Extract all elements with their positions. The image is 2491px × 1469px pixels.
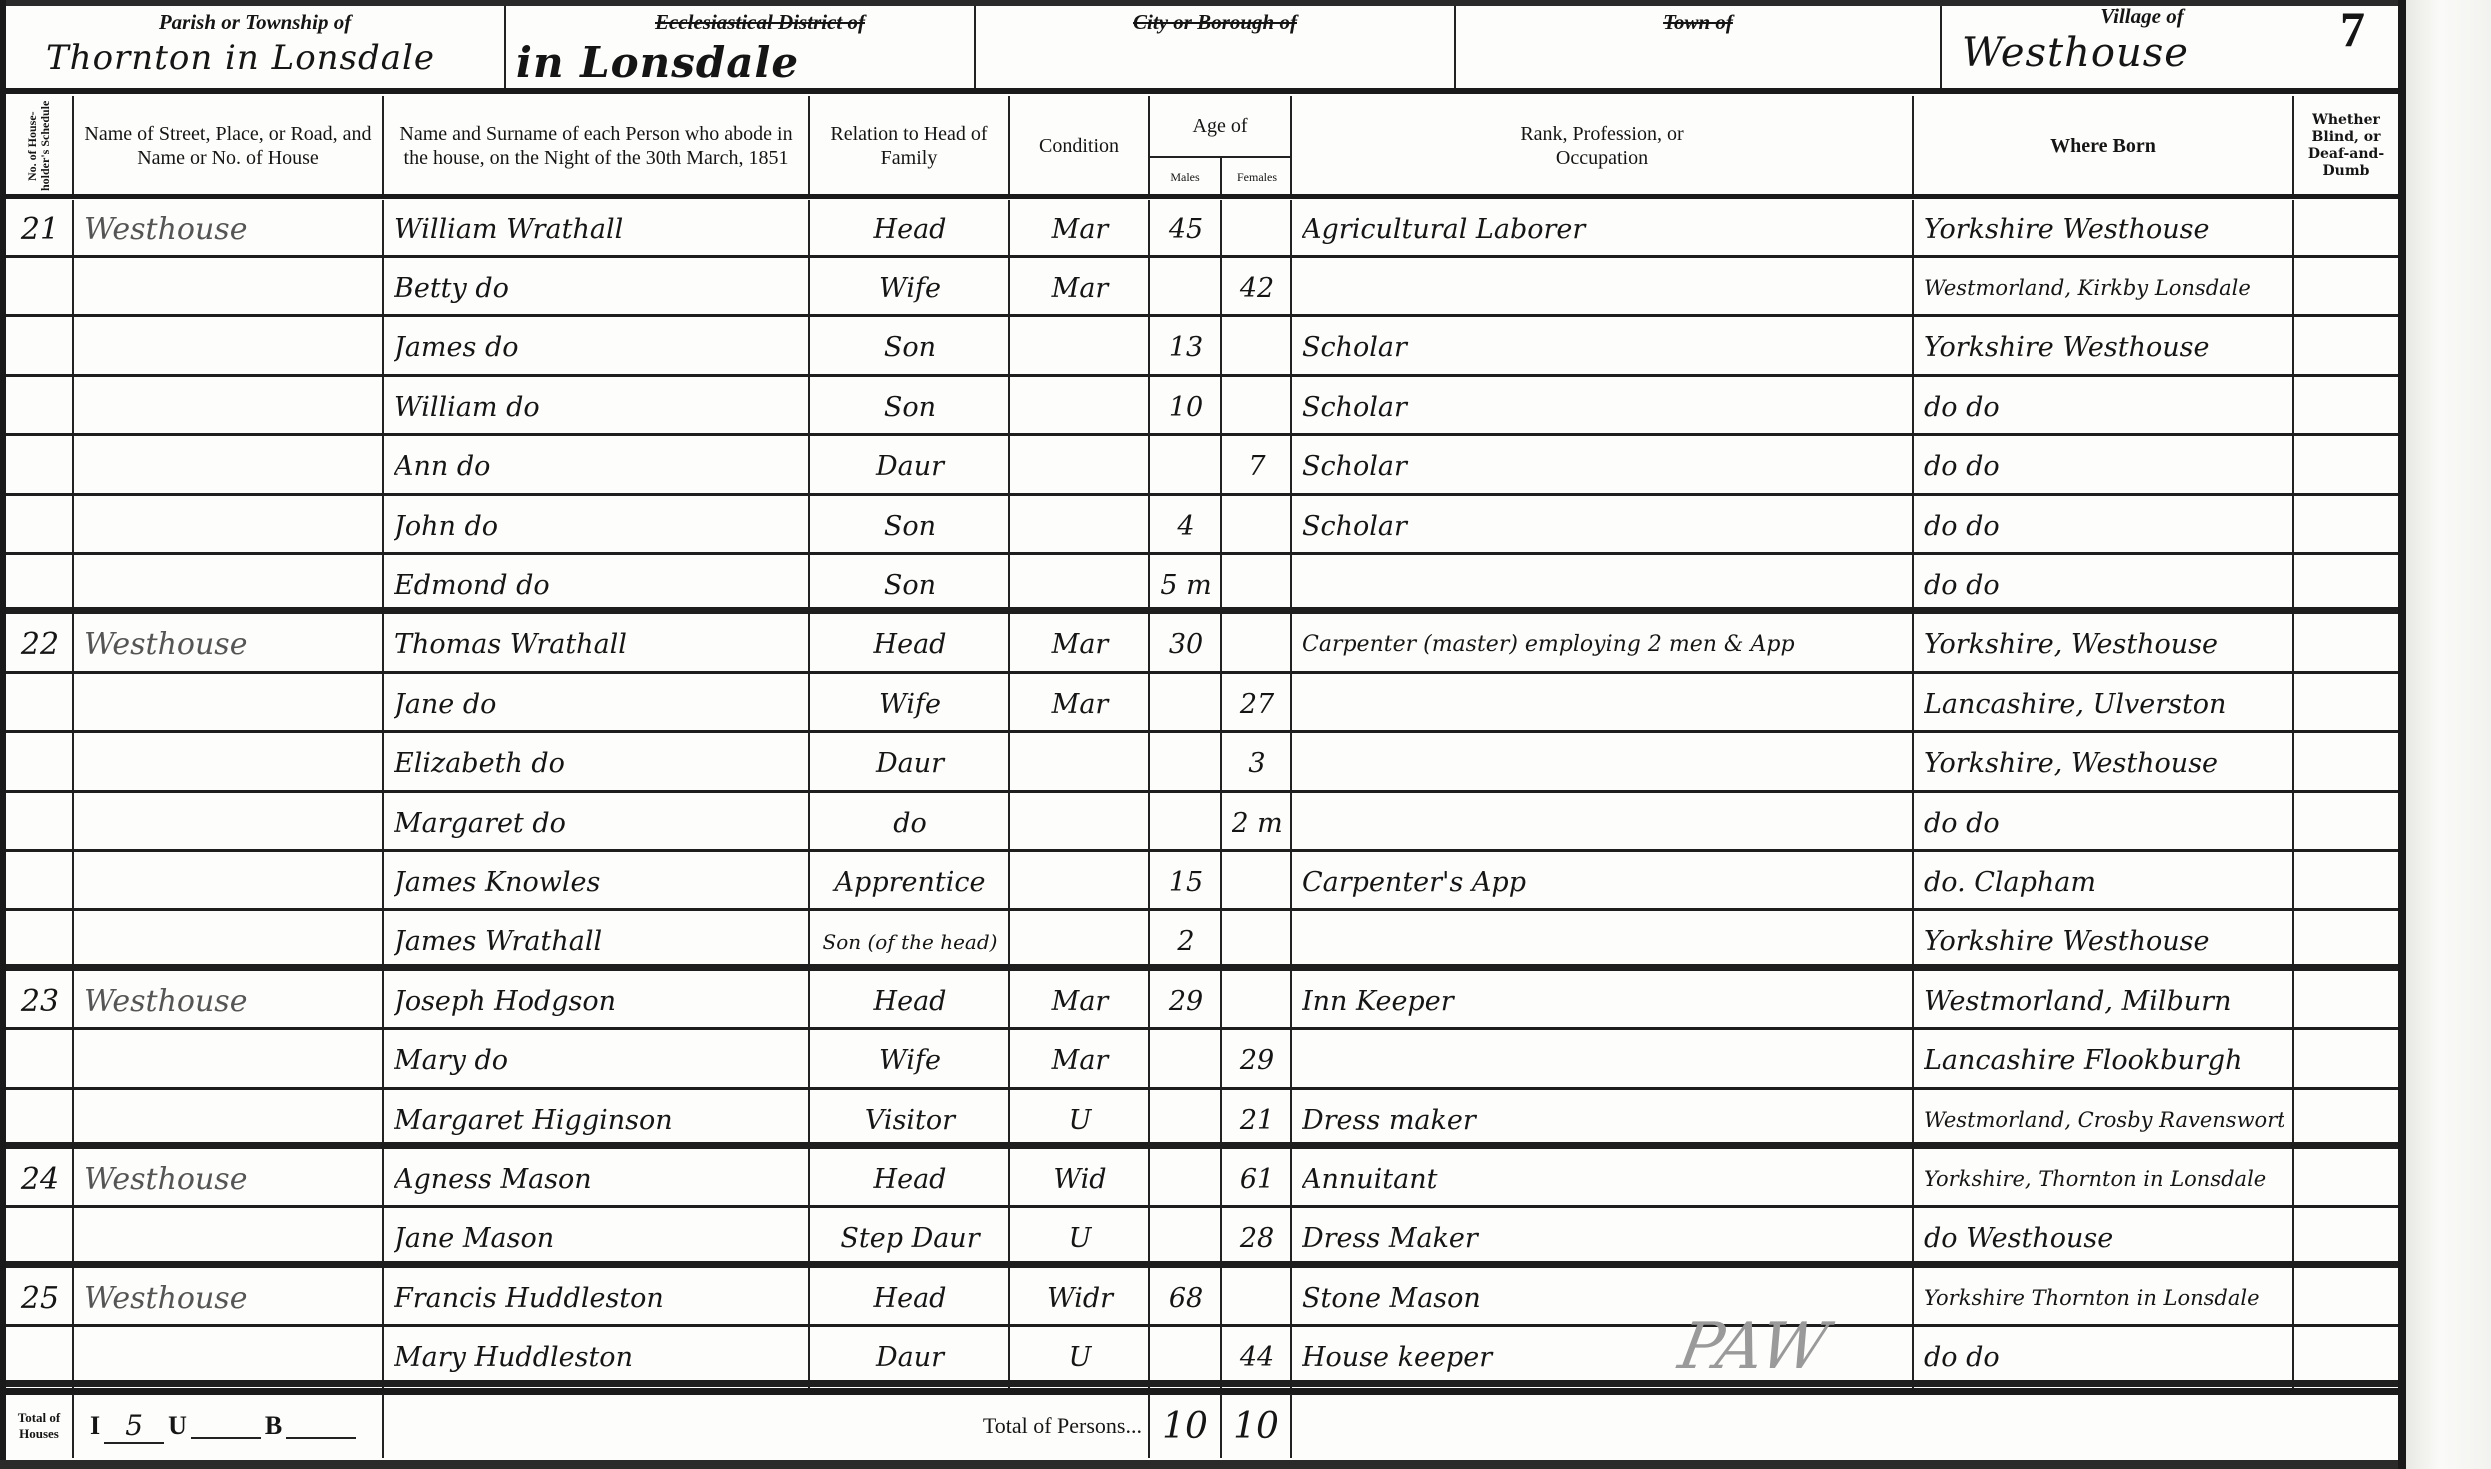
row-where-born: Yorkshire Westhouse: [1924, 325, 2284, 371]
row-schedule: [16, 1097, 64, 1143]
row-male-age: [1160, 1216, 1212, 1262]
col-occupation: Rank, Profession, or Occupation: [1292, 96, 1914, 196]
row-schedule: [16, 681, 64, 727]
row-schedule: [16, 444, 64, 490]
row-schedule: [16, 919, 64, 965]
row-schedule: 23: [16, 978, 64, 1024]
row-where-born: do do: [1924, 384, 2284, 430]
row-occupation: [1302, 1038, 1904, 1084]
row-where-born: do do: [1924, 503, 2284, 549]
row-male-age: [1160, 1335, 1212, 1381]
row-schedule: [16, 1335, 64, 1381]
table-row: 21WesthouseWilliam WrathallHeadMar45Agri…: [0, 200, 2392, 258]
column-header-divider: [6, 194, 2398, 199]
row-male-age: [1160, 265, 1212, 311]
row-street: Westhouse: [84, 978, 374, 1024]
row-condition: U: [1020, 1097, 1140, 1143]
row-blind-deaf: [2304, 444, 2388, 490]
row-female-age: [1232, 919, 1282, 965]
row-occupation: Carpenter's App: [1302, 859, 1904, 905]
row-female-age: [1232, 562, 1282, 608]
row-occupation: Annuitant: [1302, 1156, 1904, 1202]
row-male-age: [1160, 1038, 1212, 1084]
inhabited-prefix: I: [90, 1411, 100, 1441]
row-female-age: 61: [1232, 1156, 1282, 1202]
city-cell: City or Borough of: [976, 6, 1456, 90]
row-occupation: Agricultural Laborer: [1302, 206, 1904, 252]
row-condition: Mar: [1020, 978, 1140, 1024]
village-label: Village of: [1942, 4, 2342, 29]
col-age: Age of Males Females: [1150, 96, 1292, 196]
row-male-age: [1160, 741, 1212, 787]
col-relation: Relation to Head of Family: [810, 96, 1010, 196]
page-scan-edge: [2406, 0, 2491, 1469]
row-male-age: 45: [1160, 206, 1212, 252]
row-condition: [1020, 325, 1140, 371]
row-name: Jane do: [394, 681, 800, 727]
row-schedule: [16, 1216, 64, 1262]
table-row: James WrathallSon (of the head)2Yorkshir…: [0, 913, 2392, 971]
row-occupation: Dress maker: [1302, 1097, 1904, 1143]
row-where-born: do. Clapham: [1924, 859, 2284, 905]
row-street: [84, 325, 374, 371]
row-street: [84, 1097, 374, 1143]
col-condition-label: Condition: [1039, 134, 1119, 158]
row-female-age: 29: [1232, 1038, 1282, 1084]
row-street: [84, 562, 374, 608]
row-street: [84, 919, 374, 965]
row-blind-deaf: [2304, 622, 2388, 668]
table-row: Mary HuddlestonDaurU44House keeperdo do: [0, 1329, 2392, 1387]
row-female-age: 7: [1232, 444, 1282, 490]
table-row: Jane doWifeMar27Lancashire, Ulverston: [0, 675, 2392, 733]
parish-value: Thornton in Lonsdale: [46, 38, 435, 78]
row-condition: Mar: [1020, 681, 1140, 727]
total-houses-values: I 5 U B: [74, 1394, 384, 1458]
row-female-age: [1232, 1275, 1282, 1321]
row-street: [84, 265, 374, 311]
row-occupation: Scholar: [1302, 325, 1904, 371]
col-females-label: Females: [1222, 158, 1292, 196]
row-relation: Son: [820, 503, 1000, 549]
row-relation: Wife: [820, 1038, 1000, 1084]
row-relation: Step Daur: [820, 1216, 1000, 1262]
row-relation: Head: [820, 622, 1000, 668]
parish-label: Parish or Township of: [6, 10, 504, 35]
row-name: Francis Huddleston: [394, 1275, 800, 1321]
row-schedule: [16, 562, 64, 608]
total-houses-label: Total of Houses: [6, 1410, 72, 1442]
row-relation: Head: [820, 206, 1000, 252]
town-cell: Town of: [1456, 6, 1942, 90]
household-divider: [6, 1142, 2398, 1149]
row-blind-deaf: [2304, 265, 2388, 311]
row-divider: [6, 1324, 2398, 1327]
row-male-age: 15: [1160, 859, 1212, 905]
row-occupation: Scholar: [1302, 444, 1904, 490]
row-where-born: do do: [1924, 444, 2284, 490]
col-occupation-label: Rank, Profession, or Occupation: [1492, 122, 1712, 170]
row-name: John do: [394, 503, 800, 549]
row-blind-deaf: [2304, 1097, 2388, 1143]
col-where-born: Where Born: [1914, 96, 2294, 196]
row-female-age: [1232, 978, 1282, 1024]
row-divider: [6, 314, 2398, 317]
total-houses-label-cell: Total of Houses: [6, 1394, 74, 1458]
row-male-age: 5 m: [1160, 562, 1212, 608]
row-condition: [1020, 741, 1140, 787]
col-name-label: Name and Surname of each Person who abod…: [388, 122, 804, 170]
building-value: [286, 1413, 356, 1439]
col-name: Name and Surname of each Person who abod…: [384, 96, 810, 196]
row-relation: Head: [820, 1275, 1000, 1321]
row-where-born: Yorkshire, Thornton in Lonsdale: [1924, 1156, 2284, 1202]
total-persons-label: Total of Persons...: [983, 1413, 1142, 1439]
uninhabited-value: [191, 1413, 261, 1439]
row-condition: U: [1020, 1216, 1140, 1262]
row-name: Margaret do: [394, 800, 800, 846]
page-bottom-edge: [0, 1460, 2400, 1469]
row-relation: Daur: [820, 741, 1000, 787]
row-female-age: [1232, 325, 1282, 371]
col-age-label: Age of: [1150, 96, 1290, 158]
table-row: Ann doDaur7Scholardo do: [0, 438, 2392, 496]
row-where-born: Lancashire, Ulverston: [1924, 681, 2284, 727]
row-divider: [6, 255, 2398, 258]
row-blind-deaf: [2304, 859, 2388, 905]
total-females: 10: [1233, 1406, 1279, 1447]
row-condition: Widr: [1020, 1275, 1140, 1321]
row-relation: Son (of the head): [820, 919, 1000, 965]
col-blind-deaf: Whether Blind, or Deaf-and-Dumb: [2294, 96, 2398, 196]
page-number: 7: [2340, 0, 2365, 58]
row-blind-deaf: [2304, 562, 2388, 608]
row-divider: [6, 1205, 2398, 1208]
row-street: [84, 741, 374, 787]
row-condition: U: [1020, 1335, 1140, 1381]
table-row: Edmond doSon5 mdo do: [0, 556, 2392, 614]
row-condition: [1020, 562, 1140, 608]
row-divider: [6, 493, 2398, 496]
col-relation-label: Relation to Head of Family: [824, 122, 994, 170]
total-males: 10: [1162, 1406, 1208, 1447]
row-male-age: 10: [1160, 384, 1212, 430]
village-value: Westhouse: [1962, 30, 2189, 76]
row-female-age: 42: [1232, 265, 1282, 311]
row-name: William Wrathall: [394, 206, 800, 252]
row-blind-deaf: [2304, 1038, 2388, 1084]
row-male-age: [1160, 1156, 1212, 1202]
row-blind-deaf: [2304, 919, 2388, 965]
table-row: William doSon10Scholardo do: [0, 378, 2392, 436]
ecclesiastical-label: Ecclesiastical District of: [506, 10, 974, 35]
row-blind-deaf: [2304, 1275, 2388, 1321]
row-male-age: 4: [1160, 503, 1212, 549]
row-condition: Mar: [1020, 265, 1140, 311]
location-header: Parish or Township of Thornton in Lonsda…: [6, 6, 2398, 90]
building-prefix: B: [265, 1411, 282, 1441]
row-blind-deaf: [2304, 1335, 2388, 1381]
table-row: James doSon13ScholarYorkshire Westhouse: [0, 319, 2392, 377]
row-male-age: 68: [1160, 1275, 1212, 1321]
row-name: Ann do: [394, 444, 800, 490]
row-schedule: [16, 800, 64, 846]
row-where-born: do do: [1924, 1335, 2284, 1381]
row-where-born: Yorkshire Thornton in Lonsdale: [1924, 1275, 2284, 1321]
row-relation: Apprentice: [820, 859, 1000, 905]
row-name: Betty do: [394, 265, 800, 311]
row-where-born: Yorkshire Westhouse: [1924, 919, 2284, 965]
col-males-label: Males: [1150, 158, 1222, 196]
total-persons-label-cell: Total of Persons...: [384, 1394, 1150, 1458]
row-occupation: [1302, 562, 1904, 608]
row-male-age: [1160, 1097, 1212, 1143]
row-blind-deaf: [2304, 978, 2388, 1024]
row-street: [84, 1216, 374, 1262]
row-schedule: [16, 384, 64, 430]
row-name: Elizabeth do: [394, 741, 800, 787]
row-blind-deaf: [2304, 503, 2388, 549]
row-female-age: 3: [1232, 741, 1282, 787]
row-female-age: [1232, 622, 1282, 668]
row-condition: [1020, 800, 1140, 846]
row-female-age: 27: [1232, 681, 1282, 727]
row-blind-deaf: [2304, 384, 2388, 430]
table-row: Margaret dodo2 mdo do: [0, 794, 2392, 852]
row-where-born: Yorkshire Westhouse: [1924, 206, 2284, 252]
census-page: Parish or Township of Thornton in Lonsda…: [0, 0, 2400, 1469]
row-name: William do: [394, 384, 800, 430]
col-condition: Condition: [1010, 96, 1150, 196]
row-blind-deaf: [2304, 741, 2388, 787]
row-condition: [1020, 444, 1140, 490]
row-name: Jane Mason: [394, 1216, 800, 1262]
row-relation: Daur: [820, 1335, 1000, 1381]
row-divider: [6, 1087, 2398, 1090]
row-relation: Daur: [820, 444, 1000, 490]
row-occupation: [1302, 741, 1904, 787]
col-street-label: Name of Street, Place, or Road, and Name…: [80, 122, 376, 170]
row-where-born: Westmorland, Kirkby Lonsdale: [1924, 265, 2284, 311]
row-female-age: [1232, 384, 1282, 430]
row-occupation: Dress Maker: [1302, 1216, 1904, 1262]
table-row: Margaret HigginsonVisitorU21Dress makerW…: [0, 1091, 2392, 1149]
row-occupation: Inn Keeper: [1302, 978, 1904, 1024]
row-street: [84, 444, 374, 490]
total-males-cell: 10: [1150, 1394, 1222, 1458]
row-street: [84, 503, 374, 549]
row-name: Mary Huddleston: [394, 1335, 800, 1381]
row-blind-deaf: [2304, 206, 2388, 252]
table-row: John doSon4Scholardo do: [0, 497, 2392, 555]
row-female-age: 21: [1232, 1097, 1282, 1143]
col-schedule-no: No. of House-holder's Schedule: [6, 96, 74, 196]
household-divider: [6, 1261, 2398, 1268]
col-blind-deaf-label: Whether Blind, or Deaf-and-Dumb: [2298, 112, 2394, 180]
row-female-age: 28: [1232, 1216, 1282, 1262]
row-male-age: 29: [1160, 978, 1212, 1024]
row-relation: Son: [820, 562, 1000, 608]
row-relation: Head: [820, 1156, 1000, 1202]
row-where-born: do do: [1924, 800, 2284, 846]
row-blind-deaf: [2304, 800, 2388, 846]
ecclesiastical-value: in Lonsdale: [516, 38, 799, 87]
row-occupation: [1302, 265, 1904, 311]
table-row: Jane MasonStep DaurU28Dress Makerdo West…: [0, 1210, 2392, 1268]
row-blind-deaf: [2304, 325, 2388, 371]
row-male-age: 30: [1160, 622, 1212, 668]
row-divider: [6, 1027, 2398, 1030]
parish-cell: Parish or Township of Thornton in Lonsda…: [6, 6, 506, 90]
row-relation: Wife: [820, 681, 1000, 727]
row-where-born: Westmorland, Milburn: [1924, 978, 2284, 1024]
row-street: [84, 1038, 374, 1084]
col-where-born-label: Where Born: [2050, 134, 2156, 158]
ecclesiastical-cell: Ecclesiastical District of in Lonsdale: [506, 6, 976, 90]
row-where-born: Yorkshire, Westhouse: [1924, 741, 2284, 787]
row-condition: Mar: [1020, 1038, 1140, 1084]
household-divider: [6, 964, 2398, 971]
row-divider: [6, 849, 2398, 852]
row-name: Edmond do: [394, 562, 800, 608]
row-name: Joseph Hodgson: [394, 978, 800, 1024]
row-name: James Wrathall: [394, 919, 800, 965]
city-label: City or Borough of: [976, 10, 1454, 35]
table-row: Betty doWifeMar42Westmorland, Kirkby Lon…: [0, 259, 2392, 317]
row-relation: Son: [820, 325, 1000, 371]
row-relation: do: [820, 800, 1000, 846]
row-male-age: [1160, 444, 1212, 490]
row-condition: [1020, 384, 1140, 430]
row-condition: Mar: [1020, 622, 1140, 668]
row-condition: [1020, 503, 1140, 549]
row-street: [84, 384, 374, 430]
row-street: Westhouse: [84, 622, 374, 668]
row-where-born: Lancashire Flookburgh: [1924, 1038, 2284, 1084]
row-schedule: [16, 325, 64, 371]
row-schedule: 21: [16, 206, 64, 252]
row-divider: [6, 671, 2398, 674]
table-row: Mary doWifeMar29Lancashire Flookburgh: [0, 1032, 2392, 1090]
row-street: [84, 1335, 374, 1381]
table-row: 23WesthouseJoseph HodgsonHeadMar29Inn Ke…: [0, 972, 2392, 1030]
row-male-age: 2: [1160, 919, 1212, 965]
row-blind-deaf: [2304, 1156, 2388, 1202]
row-schedule: [16, 503, 64, 549]
row-male-age: [1160, 681, 1212, 727]
row-street: Westhouse: [84, 1156, 374, 1202]
col-street: Name of Street, Place, or Road, and Name…: [74, 96, 384, 196]
row-occupation: [1302, 919, 1904, 965]
table-row: 22WesthouseThomas WrathallHeadMar30Carpe…: [0, 616, 2392, 674]
row-female-age: [1232, 859, 1282, 905]
row-name: Thomas Wrathall: [394, 622, 800, 668]
row-condition: Mar: [1020, 206, 1140, 252]
town-label: Town of: [1456, 10, 1940, 35]
row-name: James Knowles: [394, 859, 800, 905]
row-condition: Wid: [1020, 1156, 1140, 1202]
row-occupation: Scholar: [1302, 503, 1904, 549]
row-where-born: do Westhouse: [1924, 1216, 2284, 1262]
row-male-age: [1160, 800, 1212, 846]
row-schedule: [16, 265, 64, 311]
row-name: Margaret Higginson: [394, 1097, 800, 1143]
row-occupation: Scholar: [1302, 384, 1904, 430]
table-row: James KnowlesApprentice15Carpenter's App…: [0, 853, 2392, 911]
row-where-born: do do: [1924, 562, 2284, 608]
row-occupation: [1302, 681, 1904, 727]
row-relation: Wife: [820, 265, 1000, 311]
row-relation: Head: [820, 978, 1000, 1024]
row-condition: [1020, 859, 1140, 905]
row-divider: [6, 908, 2398, 911]
row-street: [84, 800, 374, 846]
row-divider: [6, 552, 2398, 555]
row-street: [84, 859, 374, 905]
row-schedule: [16, 741, 64, 787]
row-schedule: [16, 1038, 64, 1084]
page-right-border: [2398, 0, 2406, 1469]
row-where-born: Yorkshire, Westhouse: [1924, 622, 2284, 668]
row-condition: [1020, 919, 1140, 965]
row-occupation: [1302, 800, 1904, 846]
row-street: Westhouse: [84, 1275, 374, 1321]
row-name: Mary do: [394, 1038, 800, 1084]
village-cell: Village of Westhouse: [1942, 6, 2342, 90]
row-name: Agness Mason: [394, 1156, 800, 1202]
row-male-age: 13: [1160, 325, 1212, 371]
total-females-cell: 10: [1222, 1394, 1292, 1458]
household-divider: [6, 607, 2398, 614]
row-blind-deaf: [2304, 681, 2388, 727]
row-schedule: 22: [16, 622, 64, 668]
row-relation: Son: [820, 384, 1000, 430]
inhabited-value: 5: [104, 1409, 164, 1444]
row-blind-deaf: [2304, 1216, 2388, 1262]
row-divider: [6, 730, 2398, 733]
row-where-born: Westmorland, Crosby Ravensworth: [1924, 1097, 2284, 1143]
table-row: 24WesthouseAgness MasonHeadWid61Annuitan…: [0, 1150, 2392, 1208]
uninhabited-prefix: U: [168, 1411, 187, 1441]
row-schedule: [16, 859, 64, 905]
row-street: [84, 681, 374, 727]
row-female-age: [1232, 503, 1282, 549]
row-female-age: [1232, 206, 1282, 252]
row-female-age: 44: [1232, 1335, 1282, 1381]
row-relation: Visitor: [820, 1097, 1000, 1143]
row-street: Westhouse: [84, 206, 374, 252]
table-row: 25WesthouseFrancis HuddlestonHeadWidr68S…: [0, 1269, 2392, 1327]
table-row: Elizabeth doDaur3Yorkshire, Westhouse: [0, 735, 2392, 793]
row-divider: [6, 790, 2398, 793]
row-divider: [6, 433, 2398, 436]
row-schedule: 25: [16, 1275, 64, 1321]
header-divider: [6, 88, 2398, 94]
row-occupation: Carpenter (master) employing 2 men & App: [1302, 622, 1904, 668]
row-female-age: 2 m: [1232, 800, 1282, 846]
row-schedule: 24: [16, 1156, 64, 1202]
row-divider: [6, 374, 2398, 377]
household-divider: [6, 1380, 2398, 1387]
row-name: James do: [394, 325, 800, 371]
col-schedule-no-label: No. of House-holder's Schedule: [26, 96, 52, 196]
margin-annotation: PAW: [1673, 1310, 1833, 1384]
